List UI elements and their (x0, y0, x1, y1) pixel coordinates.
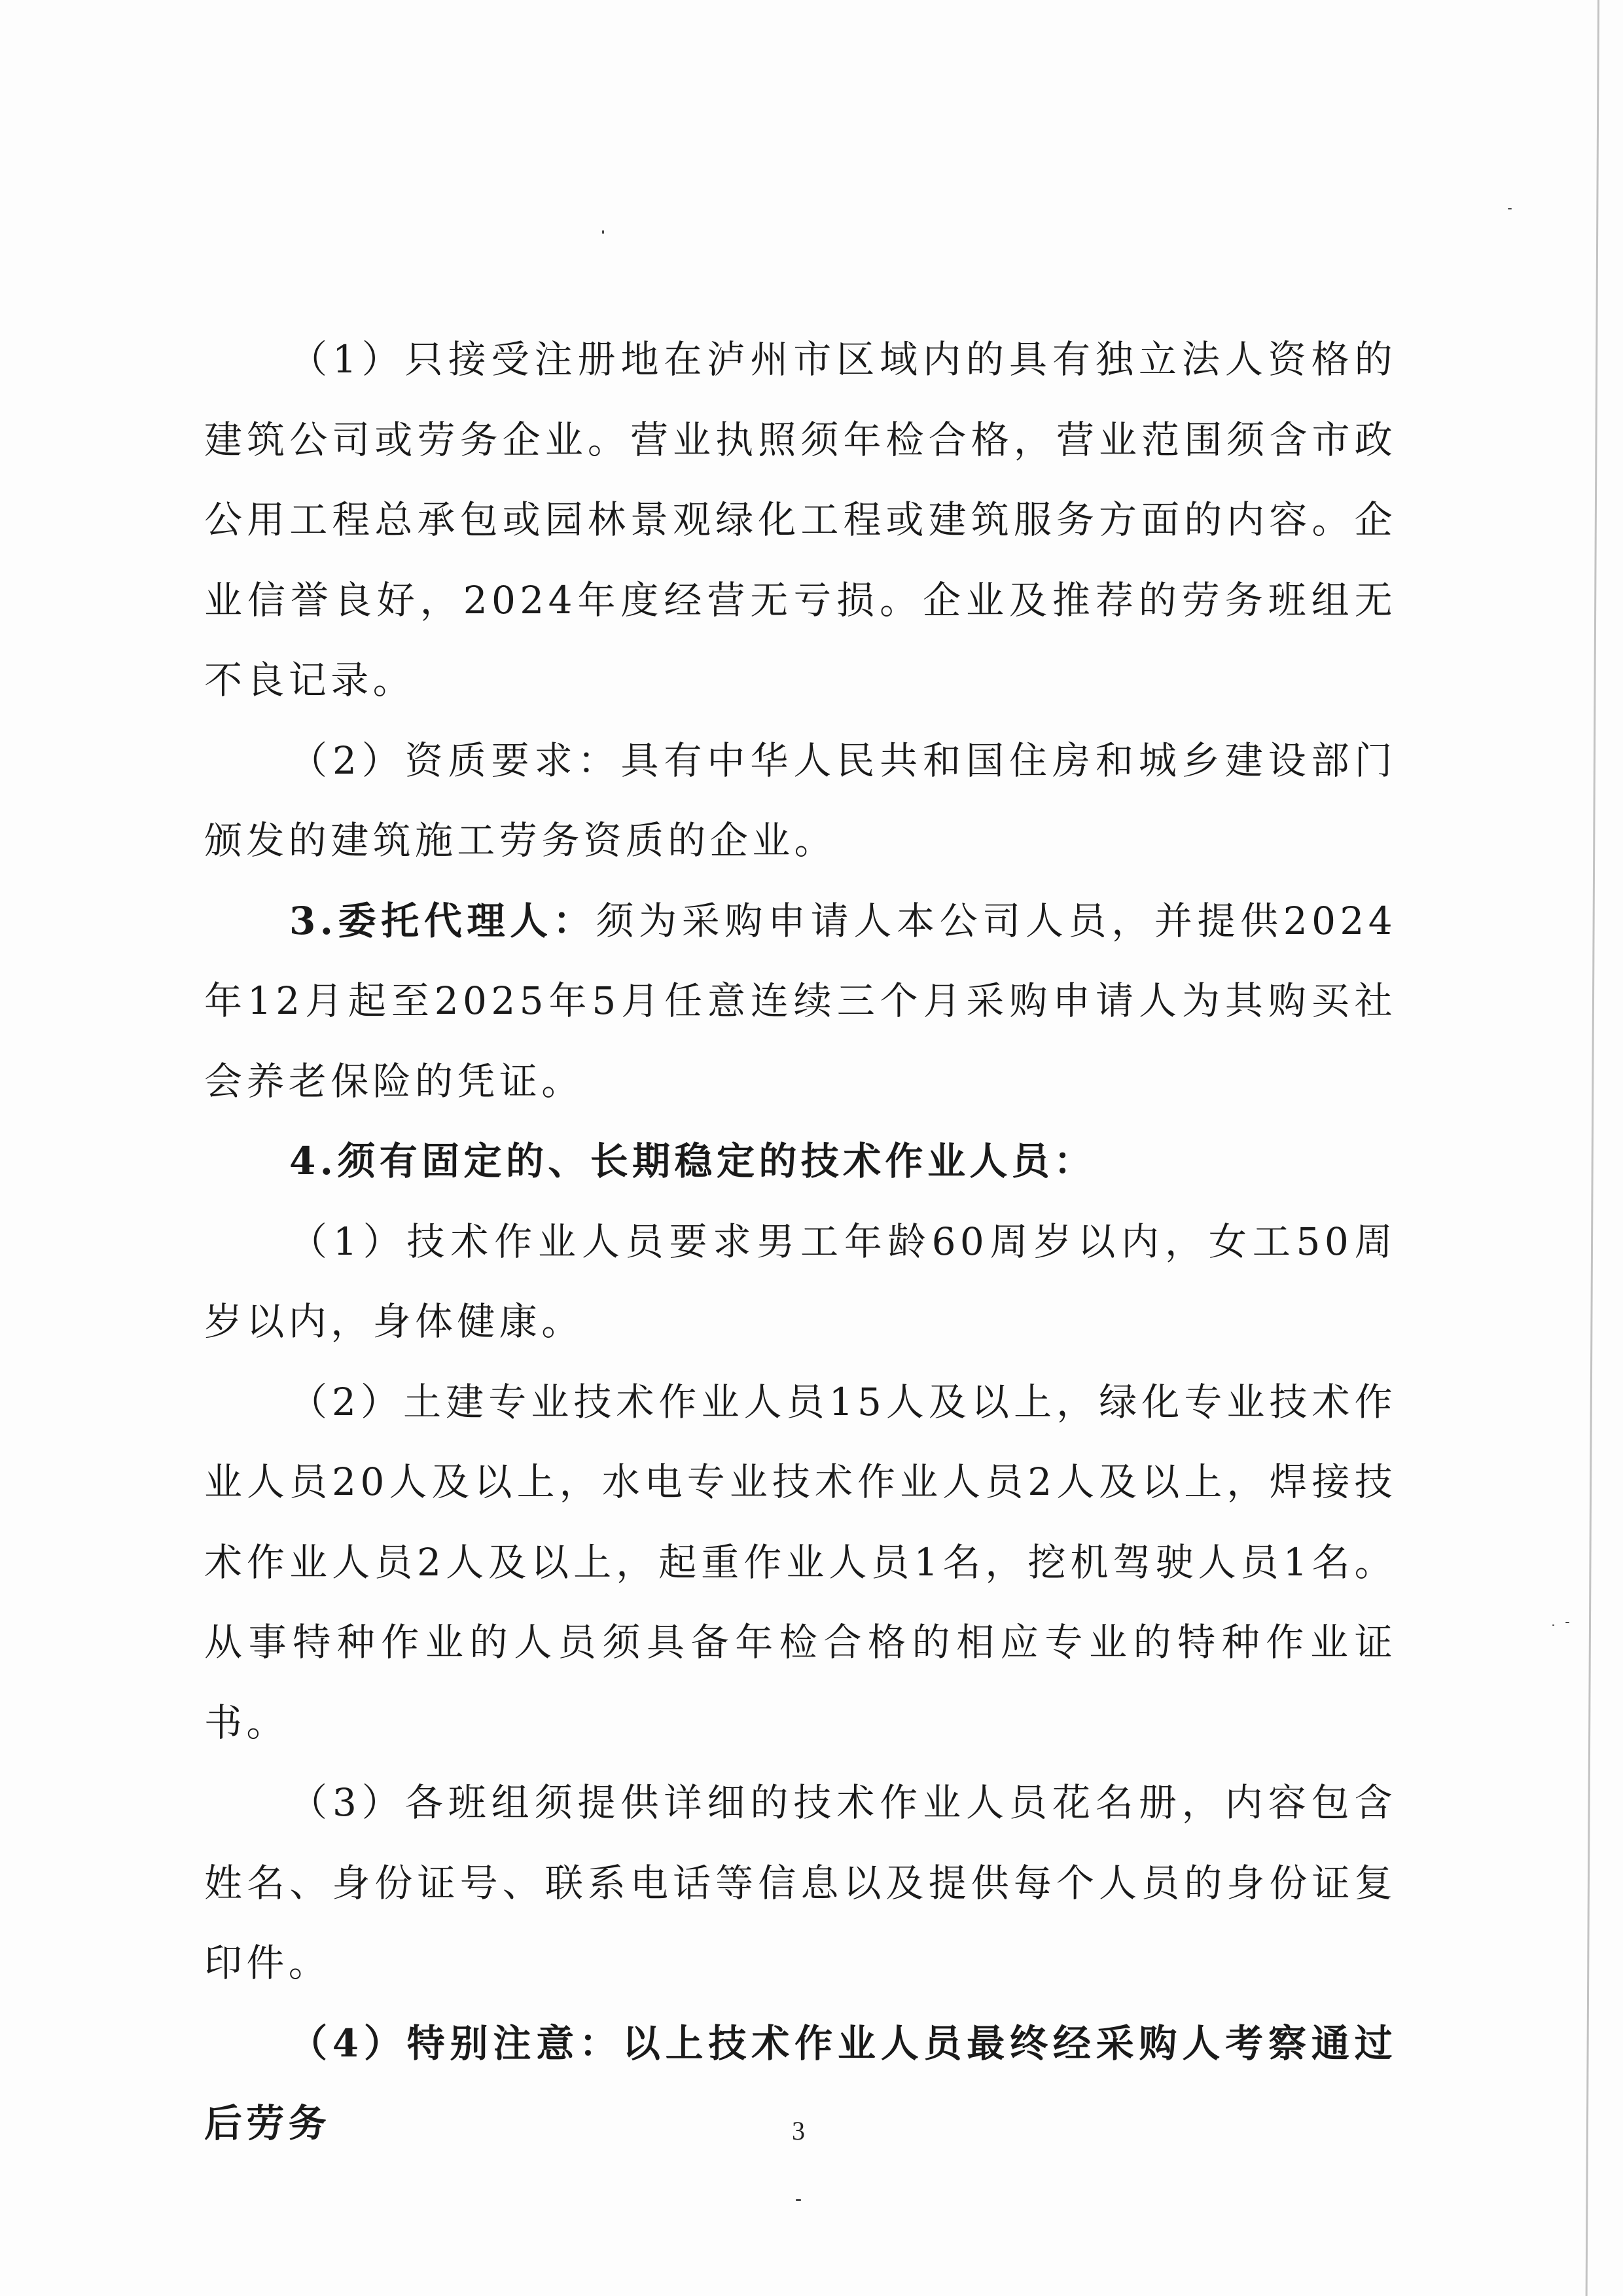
scan-speck (1508, 208, 1512, 209)
paragraph-qualification-requirement: （2）资质要求：具有中华人民共和国住房和城乡建设部门颁发的建筑施工劳务资质的企业… (204, 721, 1397, 881)
heading-text: 4.须有固定的、长期稳定的技术作业人员： (289, 1139, 1096, 1183)
heading-technical-staff: 4.须有固定的、长期稳定的技术作业人员： (204, 1121, 1397, 1202)
paragraph-bold-prefix: 3.委托代理人： (289, 899, 596, 943)
paragraph-text: （2）资质要求：具有中华人民共和国住房和城乡建设部门颁发的建筑施工劳务资质的企业… (204, 738, 1397, 863)
paragraph-authorized-agent: 3.委托代理人：须为采购申请人本公司人员，并提供2024年12月起至2025年5… (204, 881, 1397, 1122)
paragraph-text: （1）只接受注册地在泸州市区域内的具有独立法人资格的建筑公司或劳务企业。营业执照… (204, 337, 1397, 702)
page-number: 3 (785, 2115, 811, 2146)
scan-speck (1565, 1622, 1569, 1623)
document-body: （1）只接受注册地在泸州市区域内的具有独立法人资格的建筑公司或劳务企业。营业执照… (204, 319, 1397, 2164)
paragraph-roster-requirement: （3）各班组须提供详细的技术作业人员花名册，内容包含姓名、身份证号、联系电话等信… (204, 1763, 1397, 2003)
scan-speck (796, 2199, 801, 2201)
paragraph-age-requirement: （1）技术作业人员要求男工年龄60周岁以内，女工50周岁以内，身体健康。 (204, 1202, 1397, 1362)
scan-artifact-line (1586, 0, 1599, 2296)
scan-speck (1552, 1624, 1554, 1626)
paragraph-registration-requirement: （1）只接受注册地在泸州市区域内的具有独立法人资格的建筑公司或劳务企业。营业执照… (204, 319, 1397, 721)
paragraph-staff-count-requirement: （2）土建专业技术作业人员15人及以上，绿化专业技术作业人员20人及以上，水电专… (204, 1362, 1397, 1763)
paragraph-text: （2）土建专业技术作业人员15人及以上，绿化专业技术作业人员20人及以上，水电专… (204, 1380, 1397, 1745)
paragraph-text: （3）各班组须提供详细的技术作业人员花名册，内容包含姓名、身份证号、联系电话等信… (204, 1780, 1397, 1985)
scan-speck (602, 230, 604, 234)
paragraph-text: （1）技术作业人员要求男工年龄60周岁以内，女工50周岁以内，身体健康。 (204, 1219, 1397, 1344)
document-page: （1）只接受注册地在泸州市区域内的具有独立法人资格的建筑公司或劳务企业。营业执照… (0, 0, 1623, 2296)
